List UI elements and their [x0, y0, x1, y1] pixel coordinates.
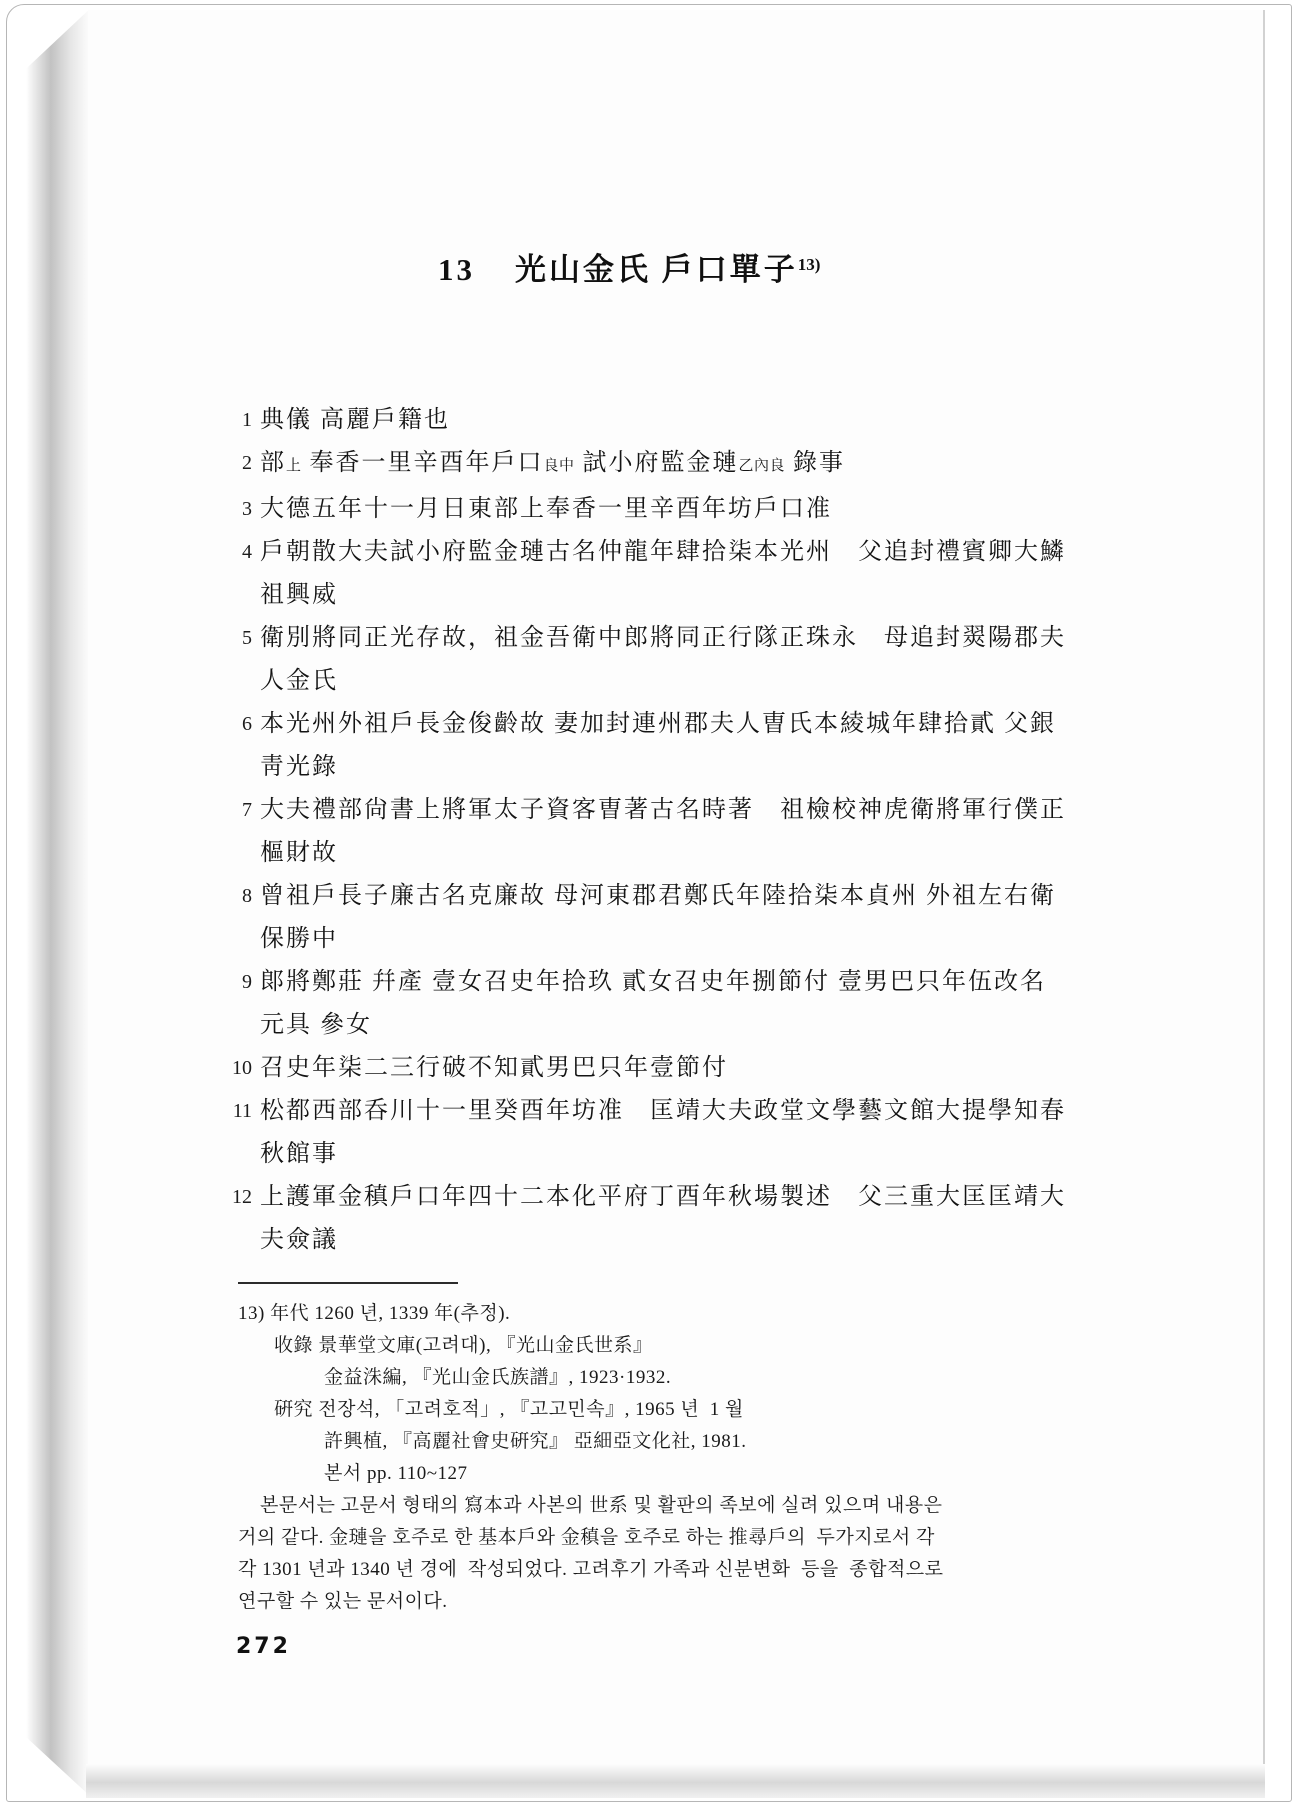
text-segment: 靑光錄 [260, 754, 338, 780]
document-line: 11松都西部呑川十一里癸酉年坊准 匡靖大夫政堂文學藝文館大提學知春秋館事 [152, 1090, 1263, 1176]
text-row: 衛別將同正光存故，祖金吾衛中郎將同正行隊正珠永 母追封翜陽郡夫 [260, 617, 1066, 660]
text-row: 上護軍金稹戶口年四十二本化平府丁酉年秋場製述 父三重大匡匡靖大 [260, 1176, 1066, 1219]
idu-annotation: 良中 [544, 458, 575, 474]
footnote-line: 收錄 景華堂文庫(고려대), 『光山金氏世系』 [238, 1330, 1263, 1362]
text-segment: 部 [260, 450, 286, 476]
text-segment: 元具 參女 [260, 1012, 372, 1038]
footnote-reference: 13) [798, 255, 821, 274]
text-segment: 大德五年十一月日東部上奉香一里辛酉年坊戶口准 [260, 496, 832, 522]
footnote-paragraph-line: 거의 같다. 金璉을 호주로 한 基本戶와 金稹을 호주로 하는 推尋戶의 두가… [238, 1522, 1263, 1554]
text-row: 典儀 高麗戶籍也 [260, 399, 450, 442]
text-row: 戶朝散大夫試小府監金璉古名仲龍年肆拾柒本光州 父追封禮賓卿大鱗 [260, 531, 1066, 574]
chapter-number: 13 [438, 252, 475, 287]
line-number: 12 [152, 1176, 260, 1219]
line-number: 9 [152, 961, 260, 1004]
footnote-line: 본서 pp. 110~127 [238, 1458, 1263, 1490]
text-segment: 召史年柒二三行破不知貳男巴只年壹節付 [260, 1055, 728, 1081]
footnote-line: 金益洙編, 『光山金氏族譜』, 1923·1932. [238, 1362, 1263, 1394]
line-text: 曾祖戶長子廉古名克廉故 母河東郡君鄭氏年陸拾柒本貞州 外祖左右衛保勝中 [260, 875, 1056, 961]
document-line: 5衛別將同正光存故，祖金吾衛中郎將同正行隊正珠永 母追封翜陽郡夫人金氏 [152, 617, 1263, 703]
text-segment: 保勝中 [260, 926, 338, 952]
document-line: 7大夫禮部尙書上將軍太子資客曺著古名時著 祖檢校神虎衛將軍行僕正樞財故 [152, 789, 1263, 875]
text-segment: 曾祖戶長子廉古名克廉故 母河東郡君鄭氏年陸拾柒本貞州 外祖左右衛 [260, 883, 1056, 909]
footnote-paragraph-line: 연구할 수 있는 문서이다. [238, 1586, 1263, 1618]
page-content: 13光山金氏 戶口單子13) 1典儀 高麗戶籍也2部上 奉香一里辛酉年戶口良中 … [88, 10, 1263, 1764]
text-segment: 衛別將同正光存故，祖金吾衛中郎將同正行隊正珠永 母追封翜陽郡夫 [260, 625, 1066, 651]
document-line: 1典儀 高麗戶籍也 [152, 399, 1263, 442]
line-text: 衛別將同正光存故，祖金吾衛中郎將同正行隊正珠永 母追封翜陽郡夫人金氏 [260, 617, 1066, 703]
document-line: 4戶朝散大夫試小府監金璉古名仲龍年肆拾柒本光州 父追封禮賓卿大鱗祖興威 [152, 531, 1263, 617]
idu-annotation: 乙內良 [739, 458, 786, 474]
line-text: 召史年柒二三行破不知貳男巴只年壹節付 [260, 1047, 728, 1090]
line-number: 8 [152, 875, 260, 918]
text-row: 大德五年十一月日東部上奉香一里辛酉年坊戶口准 [260, 488, 832, 531]
idu-annotation: 上 [286, 458, 302, 474]
text-row: 本光州外祖戶長金俊齡故 妻加封連州郡夫人曺氏本綾城年肆拾貳 父銀 [260, 703, 1056, 746]
line-number: 11 [152, 1090, 260, 1133]
line-text: 松都西部呑川十一里癸酉年坊准 匡靖大夫政堂文學藝文館大提學知春秋館事 [260, 1090, 1066, 1176]
text-row: 元具 參女 [260, 1004, 1046, 1047]
text-segment: 本光州外祖戶長金俊齡故 妻加封連州郡夫人曺氏本綾城年肆拾貳 父銀 [260, 711, 1056, 737]
text-segment: 戶朝散大夫試小府監金璉古名仲龍年肆拾柒本光州 父追封禮賓卿大鱗 [260, 539, 1066, 565]
footnote-paragraph: 본문서는 고문서 형태의 寫本과 사본의 世系 및 활판의 족보에 실려 있으며… [238, 1490, 1263, 1618]
line-number: 10 [152, 1047, 260, 1090]
document-line: 12上護軍金稹戶口年四十二本化平府丁酉年秋場製述 父三重大匡匡靖大夫僉議 [152, 1176, 1263, 1262]
text-segment: 人金氏 [260, 668, 338, 694]
text-row: 保勝中 [260, 918, 1056, 961]
line-text: 典儀 高麗戶籍也 [260, 399, 450, 442]
footnote-line: 硏究 전장석, 「고려호적」, 『고고민속』, 1965 년 1 월 [238, 1394, 1263, 1426]
text-segment: 祖興威 [260, 582, 338, 608]
text-row: 靑光錄 [260, 746, 1056, 789]
line-number: 1 [152, 399, 260, 442]
text-row: 夫僉議 [260, 1219, 1066, 1262]
book-page: 13光山金氏 戶口單子13) 1典儀 高麗戶籍也2部上 奉香一里辛酉年戶口良中 … [88, 10, 1265, 1764]
footnote-section: 13) 年代 1260 년, 1339 年(추정).收錄 景華堂文庫(고려대),… [88, 1282, 1263, 1618]
footnote-paragraph-line: 본문서는 고문서 형태의 寫本과 사본의 世系 및 활판의 족보에 실려 있으며… [238, 1490, 1263, 1522]
line-text: 郞將鄭莊 幷產 壹女召史年拾玖 貳女召史年捌節付 壹男巴只年伍改名元具 參女 [260, 961, 1046, 1047]
book-bottom-edge [86, 1764, 1265, 1798]
line-text: 本光州外祖戶長金俊齡故 妻加封連州郡夫人曺氏本綾城年肆拾貳 父銀靑光錄 [260, 703, 1056, 789]
line-number: 7 [152, 789, 260, 832]
footnote-line: 13) 年代 1260 년, 1339 年(추정). [238, 1298, 1263, 1330]
page-number: 272 [88, 1634, 1263, 1659]
document-line: 3大德五年十一月日東部上奉香一里辛酉年坊戶口准 [152, 488, 1263, 531]
text-segment: 大夫禮部尙書上將軍太子資客曺著古名時著 祖檢校神虎衛將軍行僕正 [260, 797, 1066, 823]
text-segment: 秋館事 [260, 1141, 338, 1167]
document-line: 9郞將鄭莊 幷產 壹女召史年拾玖 貳女召史年捌節付 壹男巴只年伍改名元具 參女 [152, 961, 1263, 1047]
line-text: 戶朝散大夫試小府監金璉古名仲龍年肆拾柒本光州 父追封禮賓卿大鱗祖興威 [260, 531, 1066, 617]
text-row: 大夫禮部尙書上將軍太子資客曺著古名時著 祖檢校神虎衛將軍行僕正 [260, 789, 1066, 832]
document-line: 8曾祖戶長子廉古名克廉故 母河東郡君鄭氏年陸拾柒本貞州 外祖左右衛保勝中 [152, 875, 1263, 961]
text-row: 秋館事 [260, 1133, 1066, 1176]
text-row: 部上 奉香一里辛酉年戶口良中 試小府監金璉乙內良 錄事 [260, 442, 845, 488]
text-segment: 上護軍金稹戶口年四十二本化平府丁酉年秋場製述 父三重大匡匡靖大 [260, 1184, 1066, 1210]
text-segment: 錄事 [785, 450, 845, 476]
text-segment: 郞將鄭莊 幷產 壹女召史年拾玖 貳女召史年捌節付 壹男巴只年伍改名 [260, 969, 1046, 995]
line-text: 部上 奉香一里辛酉年戶口良中 試小府監金璉乙內良 錄事 [260, 442, 845, 488]
line-text: 大德五年十一月日東部上奉香一里辛酉年坊戶口准 [260, 488, 832, 531]
footnote-rule [238, 1282, 458, 1284]
text-segment: 松都西部呑川十一里癸酉年坊准 匡靖大夫政堂文學藝文館大提學知春 [260, 1098, 1066, 1124]
footnote-paragraph-line: 각 1301 년과 1340 년 경에 작성되었다. 고려후기 가족과 신분변화… [238, 1554, 1263, 1586]
line-text: 上護軍金稹戶口年四十二本化平府丁酉年秋場製述 父三重大匡匡靖大夫僉議 [260, 1176, 1066, 1262]
chapter-title: 光山金氏 戶口單子 [515, 252, 798, 287]
line-number: 4 [152, 531, 260, 574]
document-line: 6本光州外祖戶長金俊齡故 妻加封連州郡夫人曺氏本綾城年肆拾貳 父銀靑光錄 [152, 703, 1263, 789]
text-segment: 樞財故 [260, 840, 338, 866]
text-segment: 奉香一里辛酉年戶口 [302, 450, 544, 476]
text-row: 松都西部呑川十一里癸酉年坊准 匡靖大夫政堂文學藝文館大提學知春 [260, 1090, 1066, 1133]
line-text: 大夫禮部尙書上將軍太子資客曺著古名時著 祖檢校神虎衛將軍行僕正樞財故 [260, 789, 1066, 875]
text-row: 曾祖戶長子廉古名克廉故 母河東郡君鄭氏年陸拾柒本貞州 外祖左右衛 [260, 875, 1056, 918]
line-number: 3 [152, 488, 260, 531]
document-body: 1典儀 高麗戶籍也2部上 奉香一里辛酉年戶口良中 試小府監金璉乙內良 錄事3大德… [88, 399, 1263, 1262]
page-title: 13光山金氏 戶口單子13) [88, 10, 1263, 289]
text-row: 召史年柒二三行破不知貳男巴只年壹節付 [260, 1047, 728, 1090]
text-row: 郞將鄭莊 幷產 壹女召史年拾玖 貳女召史年捌節付 壹男巴只年伍改名 [260, 961, 1046, 1004]
document-line: 10召史年柒二三行破不知貳男巴只年壹節付 [152, 1047, 1263, 1090]
line-number: 2 [152, 442, 260, 485]
text-row: 樞財故 [260, 832, 1066, 875]
text-segment: 典儀 高麗戶籍也 [260, 407, 450, 433]
text-row: 人金氏 [260, 660, 1066, 703]
text-row: 祖興威 [260, 574, 1066, 617]
footnote-line: 許興植, 『高麗社會史硏究』 亞細亞文化社, 1981. [238, 1426, 1263, 1458]
book-left-edge [26, 8, 88, 1796]
line-number: 5 [152, 617, 260, 660]
line-number: 6 [152, 703, 260, 746]
document-line: 2部上 奉香一里辛酉年戶口良中 試小府監金璉乙內良 錄事 [152, 442, 1263, 488]
text-segment: 夫僉議 [260, 1227, 338, 1253]
text-segment: 試小府監金璉 [575, 450, 739, 476]
footnote-entries: 13) 年代 1260 년, 1339 年(추정).收錄 景華堂文庫(고려대),… [238, 1298, 1263, 1490]
